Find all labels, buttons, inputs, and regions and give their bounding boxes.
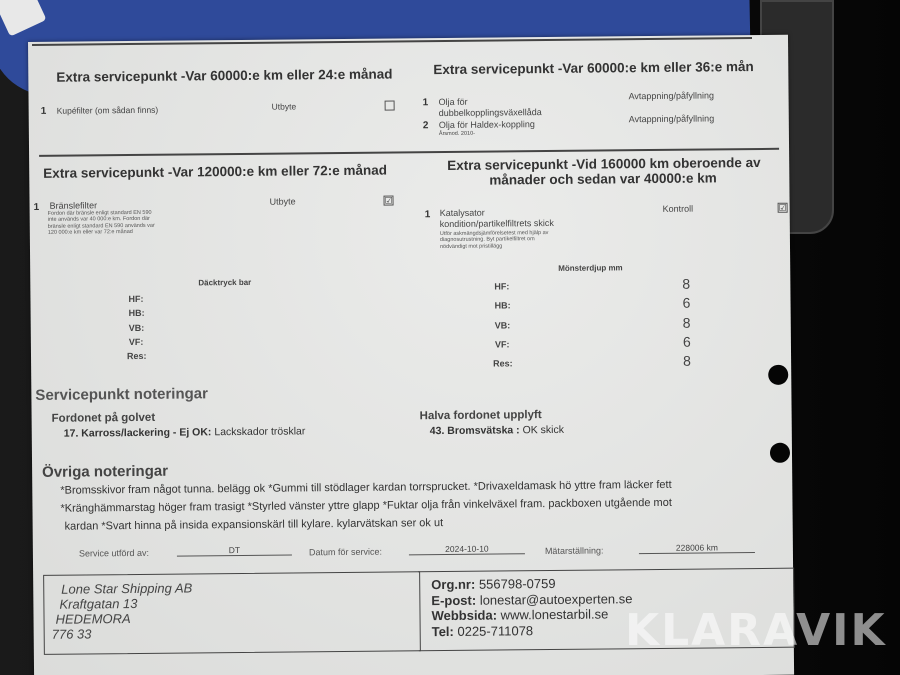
service-document: Extra servicepunkt -Var 60000:e km eller… bbox=[28, 35, 794, 675]
section-title: Extra servicepunkt -Var 60000:e km eller… bbox=[433, 59, 754, 77]
performed-by-field: DT bbox=[177, 544, 292, 556]
service-date-field: 2024-10-10 bbox=[409, 543, 525, 555]
section-title: Extra servicepunkt -Var 120000:e km elle… bbox=[43, 163, 387, 181]
other-notes-title: Övriga noteringar bbox=[42, 463, 168, 481]
company-address: Lone Star Shipping AB Kraftgatan 13 HEDE… bbox=[61, 580, 193, 641]
section-title: Extra servicepunkt -Var 60000:e km eller… bbox=[56, 67, 392, 85]
website-link[interactable]: www.lonestarbil.se bbox=[497, 606, 608, 622]
tread-depth-title: Mönsterdjup mm bbox=[558, 263, 623, 273]
punch-hole bbox=[770, 443, 790, 463]
company-contact: Org.nr: 556798-0759 E-post: lonestar@aut… bbox=[431, 575, 633, 639]
item-action: Utbyte bbox=[272, 101, 297, 111]
other-notes-text: *Bromsskivor fram något tunna. belägg ok… bbox=[60, 475, 760, 536]
checkbox-unchecked-icon bbox=[385, 100, 395, 110]
watermark-logo: KLARAVIK bbox=[625, 605, 887, 656]
punch-hole bbox=[768, 365, 788, 385]
email-link[interactable]: lonestar@autoexperten.se bbox=[476, 591, 632, 607]
checkbox-checked-icon: ☑ bbox=[383, 195, 393, 205]
note-item: 43. Bromsvätska : OK skick bbox=[430, 424, 564, 437]
service-notes-title: Servicepunkt noteringar bbox=[35, 385, 208, 404]
odometer-field: 228006 km bbox=[639, 542, 755, 554]
item-name: Kupéfilter (om sådan finns) bbox=[57, 105, 159, 116]
note-item: 17. Karross/lackering - Ej OK: Lackskado… bbox=[64, 425, 306, 439]
checkbox-checked-icon: ☑ bbox=[778, 203, 788, 213]
tire-pressure-title: Däcktryck bar bbox=[198, 278, 251, 288]
